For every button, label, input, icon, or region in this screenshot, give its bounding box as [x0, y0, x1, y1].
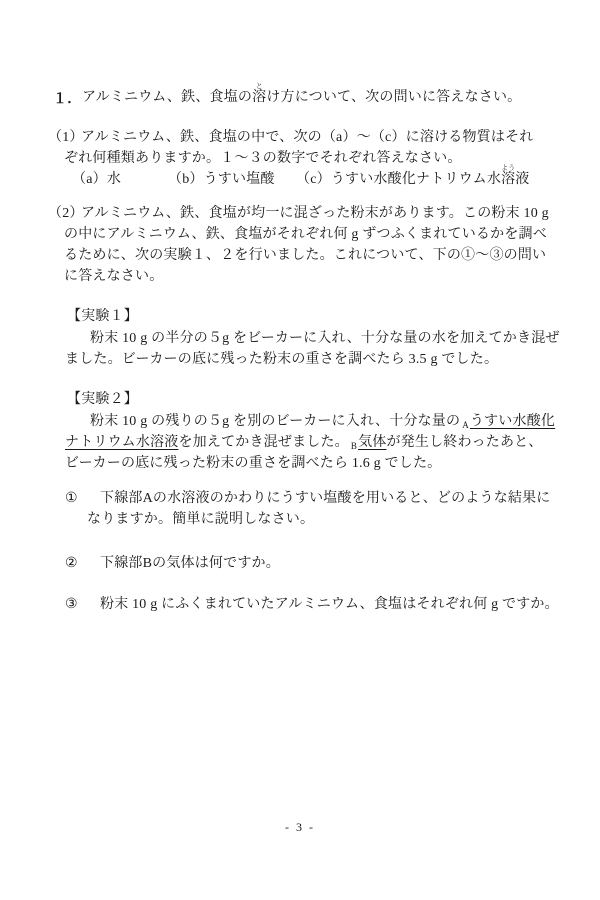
experiment-1-line-1: 粉末 10 g の半分の５g をビーカーに入れ、十分な量の水を加えてかき混ぜ: [90, 331, 560, 347]
subpart-2-label: （2）: [48, 206, 84, 222]
subpart-2-text: アルミニウム、鉄、食塩が均一に混ざった粉末があります。この粉末 10 g: [81, 206, 549, 222]
subpart-2-line-4: に答えなさい。: [64, 269, 163, 285]
underlined-solution-part1: うすい水酸化: [470, 414, 555, 429]
option-a: （a）水: [72, 172, 121, 188]
experiment-2-line-2: ナトリウム水溶液を加えてかき混ぜました。B気体が発生し終わったあと、: [65, 435, 543, 454]
option-b: （b）うすい塩酸: [168, 172, 275, 188]
subscript-label-b: B: [351, 441, 357, 451]
subpart-2-line-2: の中にアルミニウム、鉄、食塩がそれぞれ何 g ずつふくまれているかを調べ: [64, 227, 547, 243]
experiment-1-header: 【実験１】: [67, 309, 138, 325]
subpart-1-line-2: ぞれ何種類ありますか。１～３の数字でそれぞれ答えなさい。: [64, 151, 462, 167]
circled-number-1: ①: [65, 491, 78, 507]
experiment-2-header: 【実験２】: [67, 392, 138, 408]
circled-number-3: ③: [65, 597, 78, 613]
option-c: （c）うすい水酸化ナトリウム水溶よう液: [296, 172, 529, 188]
subpart-2-line-3: るために、次の実験１、２を行いました。これについて、下の①～③の問い: [64, 248, 546, 264]
ruby-toke: 溶と: [252, 90, 266, 106]
experiment-2-line-1: 粉末 10 g の残りの５g を別のビーカーに入れ、十分な量のAうすい水酸化: [90, 414, 555, 433]
underlined-solution-part2: ナトリウム水溶液: [65, 435, 178, 450]
question-number: １．: [53, 90, 81, 106]
exam-page: １． アルミニウム、鉄、食塩の溶とけ方について、次の問いに答えなさい。 （1） …: [0, 0, 600, 900]
ruby-you: 溶よう: [501, 172, 515, 188]
question-title-text: アルミニウム、鉄、食塩の溶とけ方について、次の問いに答えなさい。: [82, 90, 521, 106]
underlined-gas: 気体: [358, 435, 386, 450]
subscript-label-a: A: [462, 420, 469, 430]
furigana: よう: [501, 165, 515, 172]
page-number: - 3 -: [0, 820, 600, 835]
numbered-question-1-line-2: なりますか。簡単に説明しなさい。: [87, 512, 314, 528]
circled-number-2: ②: [65, 556, 78, 572]
subpart-1-label: （1）: [48, 130, 84, 146]
experiment-1-line-2: ました。ビーカーの底に残った粉末の重さを調べたら 3.5 g でした。: [65, 352, 498, 368]
subpart-1-text: アルミニウム、鉄、食塩の中で、次の（a）～（c）に溶ける物質はそれ: [81, 130, 533, 146]
experiment-2-line-3: ビーカーの底に残った粉末の重さを調べたら 1.6 g でした。: [65, 456, 441, 472]
furigana: と: [256, 83, 263, 90]
